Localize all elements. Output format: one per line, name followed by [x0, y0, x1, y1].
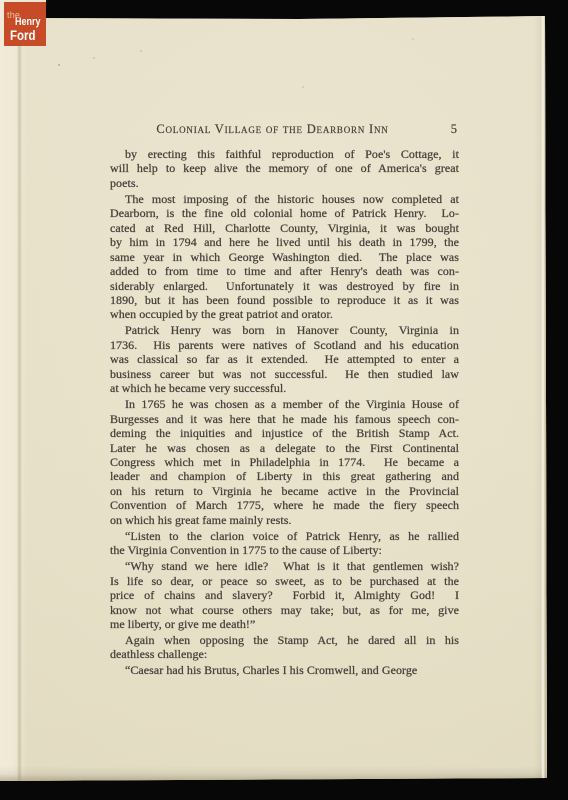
text-line: “Why stand we here idle? What is it that…: [110, 559, 459, 573]
page-number: 5: [451, 122, 457, 137]
paragraph: “Why stand we here idle? What is it that…: [110, 559, 459, 631]
page-body-text: by erecting this faithful reproduction o…: [110, 147, 459, 678]
running-header-title: Colonial Village of the Dearborn Inn: [98, 122, 447, 137]
logo-text-henry: Henry: [15, 17, 41, 28]
text-line: same year in which George Washington die…: [110, 250, 459, 264]
text-line: will help to keep alive the memory of on…: [110, 161, 459, 175]
paper-speck: [140, 50, 142, 52]
paper-speck: [93, 57, 95, 59]
text-line: poets.: [110, 176, 459, 190]
paragraph: “Listen to the clarion voice of Patrick …: [110, 529, 459, 558]
text-line: Burgesses and it was here that he made h…: [110, 412, 459, 426]
text-line: Congress which met in Philadelphia in 17…: [110, 455, 459, 469]
paper-speck: [302, 86, 304, 88]
text-line: 1890, but it has been found possible to …: [110, 293, 459, 307]
paragraph: “Caesar had his Brutus, Charles I his Cr…: [110, 663, 459, 677]
text-line: Patrick Henry was born in Hanover County…: [110, 323, 459, 337]
text-line: cated at Red Hill, Charlotte County, Vir…: [110, 221, 459, 235]
text-line: on which his great fame mainly rests.: [110, 513, 459, 527]
paragraph: Again when opposing the Stamp Act, he da…: [110, 633, 459, 662]
text-line: at which he became very successful.: [110, 381, 459, 395]
text-line: by erecting this faithful reproduction o…: [110, 147, 459, 161]
paper-speck: [333, 287, 335, 289]
text-line: business career but was not successful. …: [110, 367, 459, 381]
text-line: Later he was chosen as a delegate to the…: [110, 441, 459, 455]
text-line: “Listen to the clarion voice of Patrick …: [110, 529, 459, 543]
text-line: price of chains and slavery? Forbid it, …: [110, 588, 459, 602]
text-line: “Caesar had his Brutus, Charles I his Cr…: [110, 663, 459, 677]
running-header: Colonial Village of the Dearborn Inn 5: [110, 122, 459, 138]
text-line: Again when opposing the Stamp Act, he da…: [110, 633, 459, 647]
text-line: the Virginia Convention in 1775 to the c…: [110, 543, 459, 557]
text-line: Is life so dear, or peace so sweet, as t…: [110, 574, 459, 588]
text-line: added to from time to time and after Hen…: [110, 264, 459, 278]
paragraph: The most imposing of the historic houses…: [110, 192, 459, 322]
text-line: In 1765 he was chosen as a member of the…: [110, 397, 459, 411]
text-line: on his return to Virginia he became acti…: [110, 484, 459, 498]
logo-text-ford: Ford: [10, 29, 36, 43]
text-line: know not what course others may take; bu…: [110, 603, 459, 617]
text-line: Dearborn, is the fine old colonial home …: [110, 206, 459, 220]
text-line: deming the iniquities and injustice of t…: [110, 426, 459, 440]
text-line: leader and champion of Liberty in this g…: [110, 469, 459, 483]
paragraph: In 1765 he was chosen as a member of the…: [110, 397, 459, 527]
scanned-page-viewer: Colonial Village of the Dearborn Inn 5 b…: [0, 0, 568, 800]
book-page: Colonial Village of the Dearborn Inn 5 b…: [0, 0, 568, 800]
text-line: me liberty, or give me death!”: [110, 617, 459, 631]
text-line: deathless challenge:: [110, 647, 459, 661]
paragraph: by erecting this faithful reproduction o…: [110, 147, 459, 190]
paper-speck: [58, 64, 60, 66]
paragraph: Patrick Henry was born in Hanover County…: [110, 323, 459, 395]
paper-speck: [412, 38, 414, 40]
henry-ford-logo: the Henry Ford: [4, 2, 46, 46]
text-line: siderably enlarged. Unfortunately it was…: [110, 279, 459, 293]
text-line: The most imposing of the historic houses…: [110, 192, 459, 206]
text-line: Convention of March 1775, where he made …: [110, 498, 459, 512]
text-line: by him in 1794 and here he lived until h…: [110, 235, 459, 249]
text-line: was classical so far as it extended. He …: [110, 352, 459, 366]
text-line: 1736. His parents were natives of Scotla…: [110, 338, 459, 352]
text-line: when occupied by the great patriot and o…: [110, 307, 459, 321]
